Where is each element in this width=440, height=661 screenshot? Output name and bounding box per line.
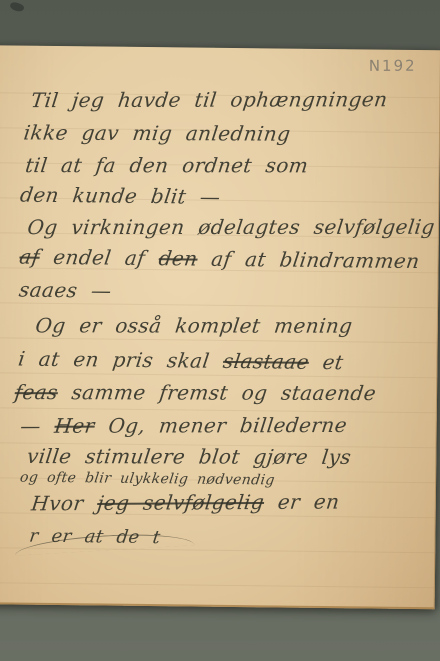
handwriting-segment: i at en pris skal — [17, 347, 225, 373]
handwriting-segment: ikke gav mig anledning — [22, 121, 292, 146]
handwriting-segment-struck: slastaae — [222, 349, 311, 374]
handwriting-segment: saaes — — [18, 278, 114, 303]
handwriting-line: Og virkningen ødelagtes selvfølgelig — [26, 215, 436, 239]
handwriting-segment-struck: feas — [13, 380, 59, 404]
handwriting-line: af endel af den af at blindrammen — [18, 245, 421, 274]
handwriting-segment-struck: den — [157, 246, 199, 270]
handwriting-segment: Hvor — [30, 491, 99, 515]
handwriting-line: ville stimulere blot gjøre lys — [26, 444, 353, 469]
manuscript-photo: N192 Til jeg havde til ophængningen ikke… — [0, 0, 440, 661]
handwriting-segment: ville stimulere blot gjøre lys — [26, 444, 353, 469]
page-number-label: N192 — [369, 57, 417, 75]
handwriting-segment: og ofte blir ulykkelig nødvendig — [19, 470, 276, 489]
handwriting-line: — Her Og, mener billederne — [19, 413, 349, 438]
handwriting-segment-struck: jeg selvfølgelig — [96, 490, 266, 515]
handwriting-line: Til jeg havde til ophængningen — [30, 87, 389, 112]
handwriting-segment: Til jeg havde til ophængningen — [30, 87, 389, 112]
handwriting-line: til at fa den ordnet som — [24, 153, 310, 177]
manuscript-page: N192 Til jeg havde til ophængningen ikke… — [0, 45, 440, 609]
handwriting-segment: endel af — [38, 245, 160, 270]
handwriting-segment: af at blindrammen — [196, 247, 421, 273]
handwriting-segment: Og virkningen ødelagtes selvfølgelig — [26, 215, 436, 239]
handwriting-segment: den kunde blit — — [19, 183, 222, 209]
handwriting-line: Og er osså komplet mening — [34, 313, 354, 337]
handwriting-segment-struck: Her — [53, 414, 96, 438]
handwriting-line: den kunde blit — — [19, 183, 222, 209]
handwriting-line: feas samme fremst og staaende — [13, 380, 377, 405]
handwriting-line: Hvor jeg selvfølgelig er en — [30, 490, 341, 516]
handwriting-segment: samme fremst og staaende — [56, 380, 377, 405]
handwriting-line: saaes — — [18, 278, 114, 303]
handwriting-segment: — — [19, 414, 56, 438]
handwriting-line: ikke gav mig anledning — [22, 121, 292, 146]
handwriting-segment: Og, mener billederne — [93, 413, 348, 438]
handwriting-line: i at en pris skal slastaae et — [17, 347, 345, 375]
handwriting-segment: et — [307, 350, 345, 374]
handwriting-segment: er en — [263, 490, 341, 514]
handwriting-segment: r er at de t — [28, 526, 162, 548]
background-speck — [9, 1, 25, 13]
handwriting-line: r er at de t — [28, 526, 162, 548]
handwriting-segment: til at fa den ordnet som — [24, 153, 310, 177]
handwriting-line: og ofte blir ulykkelig nødvendig — [19, 470, 276, 489]
handwriting-segment: Og er osså komplet mening — [34, 313, 354, 337]
